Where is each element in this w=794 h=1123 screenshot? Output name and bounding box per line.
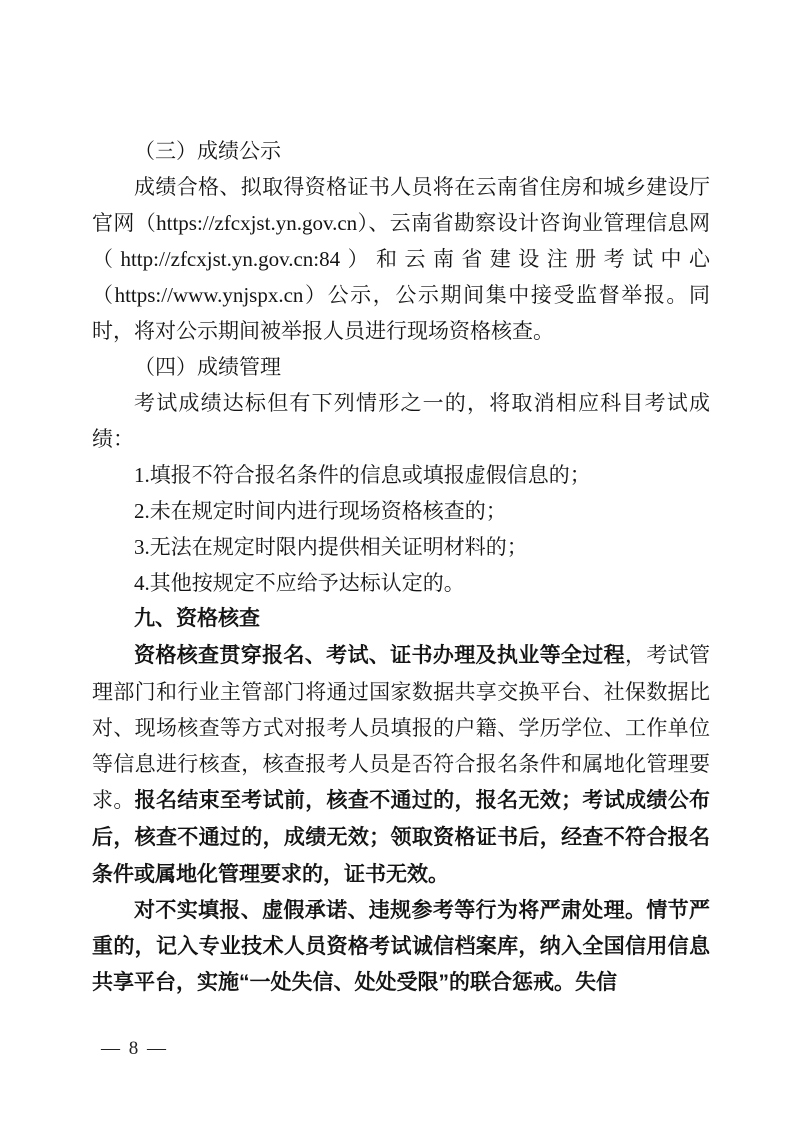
list-item-2: 2.未在规定时间内进行现场资格核查的； xyxy=(92,493,710,529)
page-body: （三）成绩公示 成绩合格、拟取得资格证书人员将在云南省住房和城乡建设厅官网（ht… xyxy=(92,133,710,1001)
paragraph-score-management-intro: 考试成绩达标但有下列情形之一的，将取消相应科目考试成绩： xyxy=(92,385,710,457)
section-heading-qualification-review: 九、资格核查 xyxy=(92,601,710,637)
paragraph-dishonesty-punishment: 对不实填报、虚假承诺、违规参考等行为将严肃处理。情节严重的，记入专业技术人员资格… xyxy=(92,893,710,1001)
list-item-3: 3.无法在规定时限内提供相关证明材料的； xyxy=(92,529,710,565)
qualification-review-regular-run: ，考试管理部门和行业主管部门将通过国家数据共享交换平台、社保数据比对、现场核查等… xyxy=(92,643,710,812)
section-heading-score-management: （四）成绩管理 xyxy=(92,349,710,385)
page-number: — 8 — xyxy=(101,1038,168,1060)
document-page: （三）成绩公示 成绩合格、拟取得资格证书人员将在云南省住房和城乡建设厅官网（ht… xyxy=(0,0,794,1123)
section-heading-score-publicity: （三）成绩公示 xyxy=(92,133,710,169)
list-item-4: 4.其他按规定不应给予达标认定的。 xyxy=(92,565,710,601)
qualification-review-bold-lead: 资格核查贯穿报名、考试、证书办理及执业等全过程 xyxy=(134,644,625,667)
paragraph-score-publicity: 成绩合格、拟取得资格证书人员将在云南省住房和城乡建设厅官网（https://zf… xyxy=(92,169,710,349)
numbered-list: 1.填报不符合报名条件的信息或填报虚假信息的； 2.未在规定时间内进行现场资格核… xyxy=(92,457,710,601)
qualification-review-bold-tail: 报名结束至考试前，核查不通过的，报名无效；考试成绩公布后，核查不通过的，成绩无效… xyxy=(92,789,710,886)
list-item-1: 1.填报不符合报名条件的信息或填报虚假信息的； xyxy=(92,457,710,493)
paragraph-qualification-review: 资格核查贯穿报名、考试、证书办理及执业等全过程，考试管理部门和行业主管部门将通过… xyxy=(92,637,710,893)
